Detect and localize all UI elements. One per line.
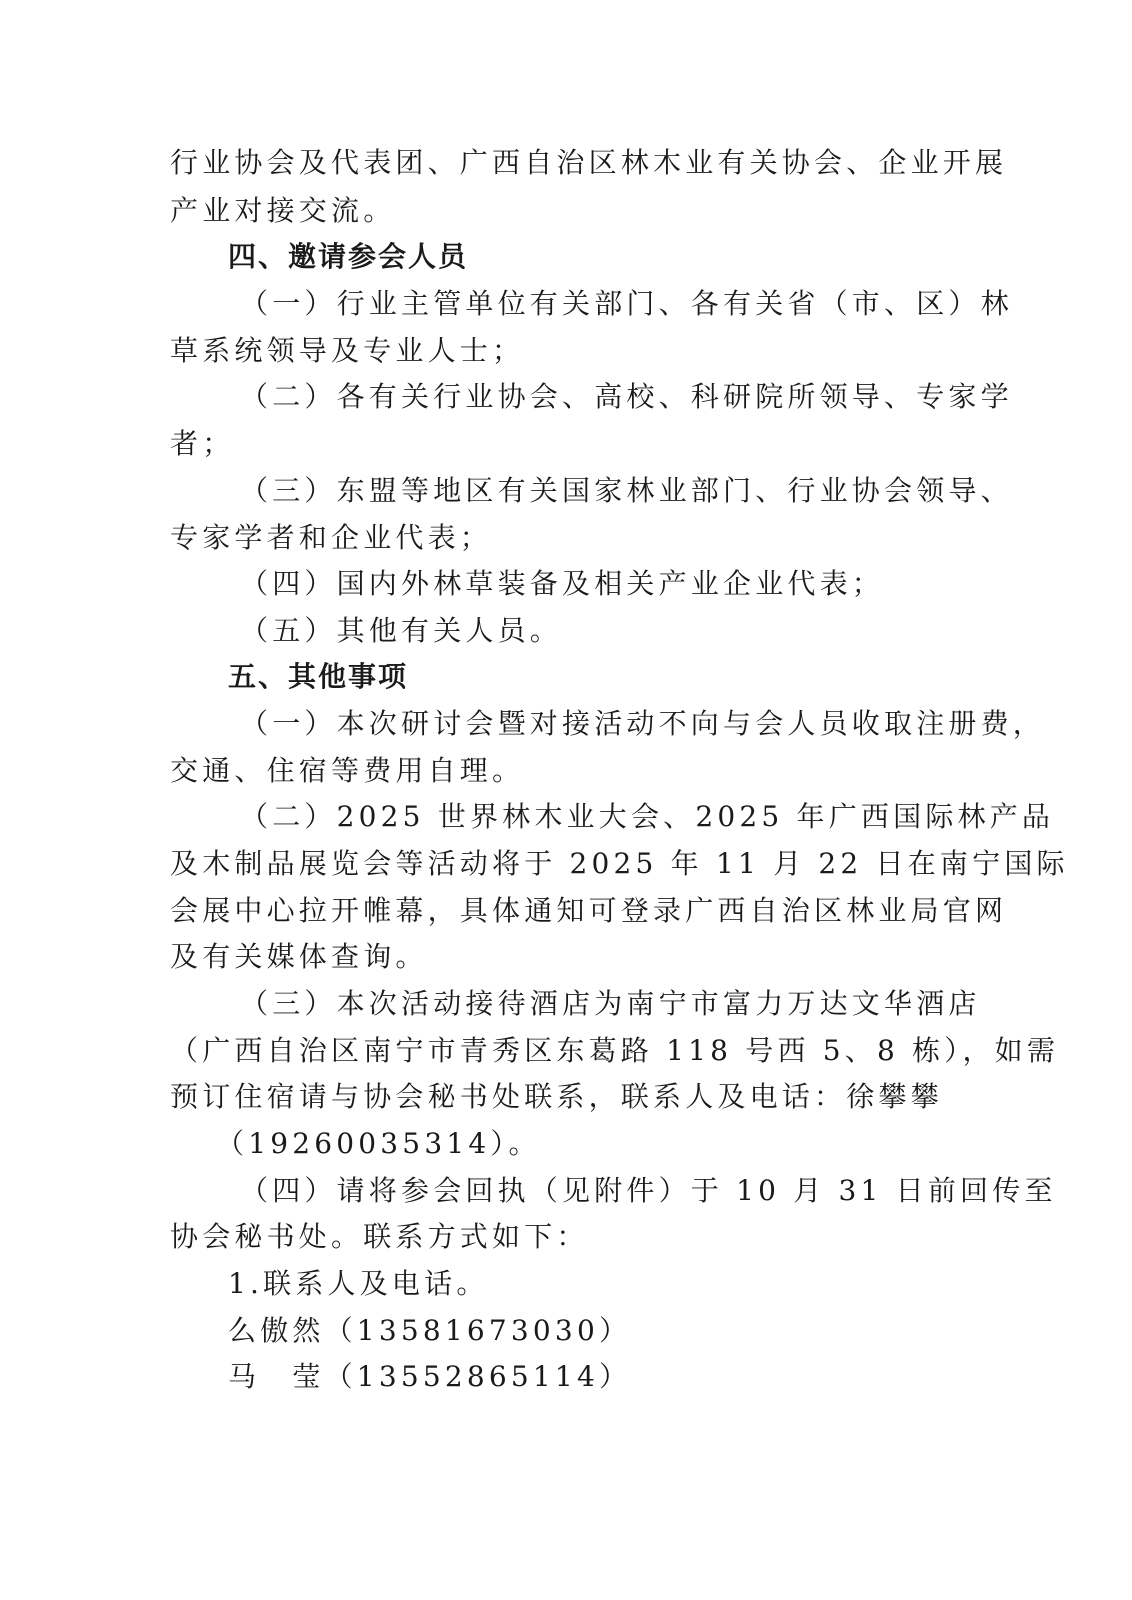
list-item-cont: 及有关媒体查询。 — [170, 937, 428, 977]
list-item-cont: 会展中心拉开帷幕，具体通知可登录广西自治区林业局官网 — [170, 891, 1007, 931]
contact-heading: 1.联系人及电话。 — [228, 1264, 489, 1304]
list-item: （一）本次研讨会暨对接活动不向与会人员收取注册费， — [240, 704, 1045, 744]
list-item: （五）其他有关人员。 — [240, 611, 562, 651]
list-item-cont: 交通、住宿等费用自理。 — [170, 751, 524, 791]
document-page: 行业协会及代表团、广西自治区林木业有关协会、企业开展 产业对接交流。 四、邀请参… — [0, 0, 1132, 1600]
list-item-cont: 预订住宿请与协会秘书处联系，联系人及电话：徐攀攀 — [170, 1077, 943, 1117]
list-item: （二）各有关行业协会、高校、科研院所领导、专家学 — [240, 377, 1013, 417]
list-item-cont: 协会秘书处。联系方式如下： — [170, 1217, 589, 1257]
list-item: （四）请将参会回执（见附件）于 10 月 31 日前回传至 — [240, 1171, 1057, 1211]
list-item-cont: 者； — [170, 424, 234, 464]
list-item-cont: 专家学者和企业代表； — [170, 518, 492, 558]
list-item-cont: （广西自治区南宁市青秀区东葛路 118 号西 5、8 栋），如需 — [170, 1031, 1059, 1071]
section-heading-4: 四、邀请参会人员 — [228, 237, 468, 277]
list-item: （三）东盟等地区有关国家林业部门、行业协会领导、 — [240, 471, 1013, 511]
list-item-cont: 及木制品展览会等活动将于 2025 年 11 月 22 日在南宁国际 — [170, 844, 1069, 884]
section-heading-5: 五、其他事项 — [228, 657, 408, 697]
paragraph-line: 行业协会及代表团、广西自治区林木业有关协会、企业开展 — [170, 143, 1007, 183]
list-item-cont: （19260035314）。 — [216, 1124, 541, 1164]
contact-entry: 马 莹（13552865114） — [228, 1357, 631, 1397]
list-item: （二）2025 世界林木业大会、2025 年广西国际林产品 — [240, 797, 1054, 837]
list-item: （一）行业主管单位有关部门、各有关省（市、区）林 — [240, 284, 1013, 324]
list-item: （四）国内外林草装备及相关产业企业代表； — [240, 564, 884, 604]
list-item-cont: 草系统领导及专业人士； — [170, 331, 524, 371]
paragraph-line: 产业对接交流。 — [170, 191, 395, 231]
list-item: （三）本次活动接待酒店为南宁市富力万达文华酒店 — [240, 984, 981, 1024]
contact-entry: 么傲然（13581673030） — [228, 1311, 631, 1351]
